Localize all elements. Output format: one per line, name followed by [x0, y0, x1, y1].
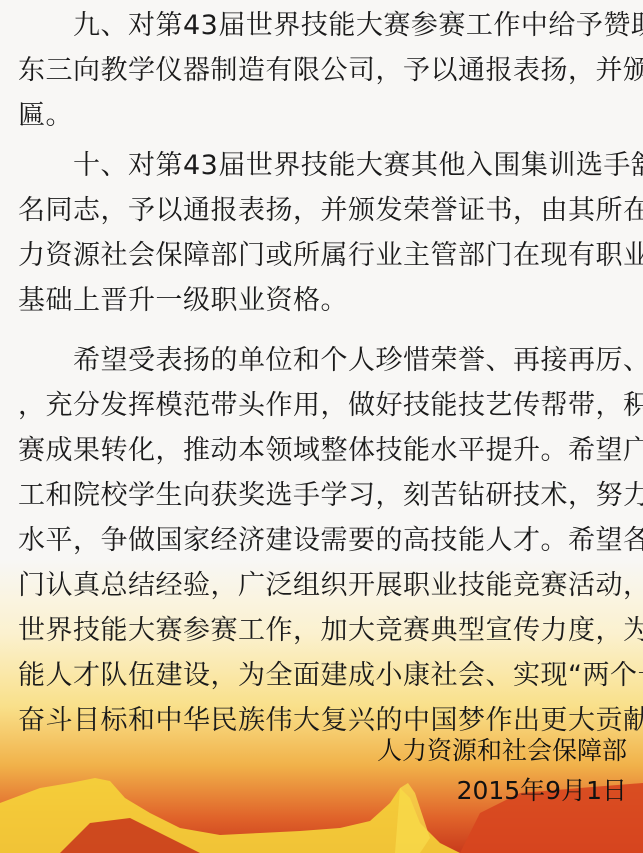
text-line: 希望受表扬的单位和个人珍惜荣誉、再接再厉、继续攀登 [18, 338, 628, 383]
text-line: 力资源社会保障部门或所属行业主管部门在现有职业资格等级 [18, 233, 628, 278]
text-line: 匾。 [18, 93, 628, 138]
paragraph-closing: 希望受表扬的单位和个人珍惜荣誉、再接再厉、继续攀登 ，充分发挥模范带头作用，做好… [18, 338, 628, 743]
text-line: 赛成果转化，推动本领域整体技能水平提升。希望广大企业职 [18, 428, 628, 473]
signature-date: 2015年9月1日 [457, 776, 627, 806]
text-line: 能人才队伍建设，为全面建成小康社会、实现“两个一百年” [18, 653, 628, 698]
text-line: 九、对第43届世界技能大赛参赛工作中给予赞助支持的广 [18, 3, 628, 48]
paragraph-ten: 十、对第43届世界技能大赛其他入围集训选手舒品吉等180 名同志，予以通报表扬，… [18, 143, 628, 323]
text-line: 世界技能大赛参赛工作，加大竞赛典型宣传力度，为我国高技 [18, 608, 628, 653]
text-line: 基础上晋升一级职业资格。 [18, 278, 628, 323]
paragraph-nine: 九、对第43届世界技能大赛参赛工作中给予赞助支持的广 东三向教学仪器制造有限公司… [18, 3, 628, 138]
text-line: 门认真总结经验，广泛组织开展职业技能竞赛活动，积极参与 [18, 563, 628, 608]
text-line: 工和院校学生向获奖选手学习，刻苦钻研技术，努力提高技能 [18, 473, 628, 518]
text-line: 水平，争做国家经济建设需要的高技能人才。希望各地、各部 [18, 518, 628, 563]
text-line: ，充分发挥模范带头作用，做好技能技艺传帮带，积极促进竞 [18, 383, 628, 428]
text-line: 名同志，予以通报表扬，并颁发荣誉证书，由其所在地省级人 [18, 188, 628, 233]
signature-issuer: 人力资源和社会保障部 [377, 736, 627, 766]
text-line: 东三向教学仪器制造有限公司，予以通报表扬，并颁发荣誉牌 [18, 48, 628, 93]
text-line: 十、对第43届世界技能大赛其他入围集训选手舒品吉等180 [18, 143, 628, 188]
